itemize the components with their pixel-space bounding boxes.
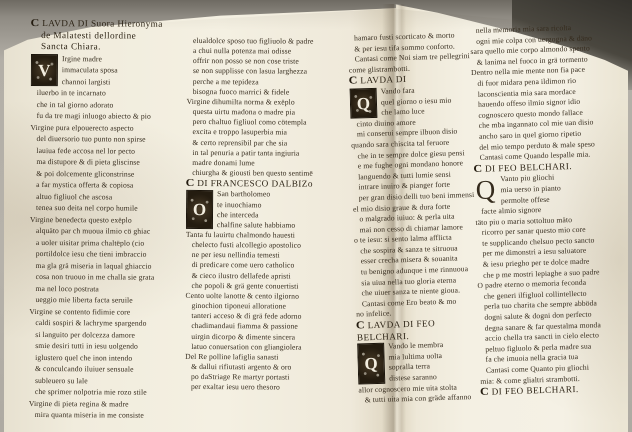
verse-line: excita e troppo lasuperbia mia xyxy=(186,127,338,138)
verse-line: uirgin dicorpo & dimente sincera xyxy=(185,331,337,342)
left-page-content: CLAVDA DI Suora Hieronymade Malatesti de… xyxy=(0,0,399,432)
capitulum-mark: C xyxy=(349,77,359,88)
woodcut-initial: Q xyxy=(350,88,378,119)
verse-line: caldi sospiri & lachryme spargendo xyxy=(29,317,181,329)
lauda-heading: CDI FRANCESCO DALBIZo xyxy=(186,178,338,190)
woodcut-initial: O xyxy=(186,190,213,229)
verse-line: si languito per dolcezza damore xyxy=(29,328,181,340)
woodcut-initial: V xyxy=(31,53,58,86)
drop-cap-group: QVanto piu gliochimia uerso in piantoper… xyxy=(474,171,627,207)
verse-line: iglustero quel che inon intendo xyxy=(29,351,181,363)
verse-line: tenea suo deita nel corpo humile xyxy=(30,202,182,214)
verse-line: ma gla grä miseria in laqual ghiaccio xyxy=(30,259,182,271)
verse-line: cosa non truouo in me challa sie grata xyxy=(30,271,182,283)
lauda-heading: Sancta Chiara. xyxy=(31,41,183,53)
verse-line: che sprimer nolpotria mie rozo stile xyxy=(29,386,181,398)
verse-line: perche a me tepideza xyxy=(187,77,339,88)
verse-line: lauiua fede accosa nel lor pecto xyxy=(30,144,182,156)
verse-line: Virgine benedecta questo exëplo xyxy=(30,213,182,225)
lauda-heading: de Malatesti dellordine xyxy=(31,29,183,41)
verse-line: del diuersorio tuo punto non spirse xyxy=(30,133,182,145)
verse-line: altuo figliuol che ascosa xyxy=(30,190,182,202)
capitulum-mark: C xyxy=(480,388,490,399)
right-page-content: hamaro fusti scorticato & morto& per ies… xyxy=(339,0,632,432)
verse-line: fu da tre magi inluogo abiecto & pio xyxy=(31,110,183,122)
verse-line: a uoler uisitar prima chaltëplo (cio xyxy=(30,236,182,248)
verse-line: chadimandaui fiamma & passione xyxy=(185,321,337,332)
verse-line: a far mystica offerta & copiosa xyxy=(30,179,182,191)
verse-line: Virgine pura elpouerecto aspecto xyxy=(31,121,183,133)
book-photo: { "glyphs": { "capitulum": "C" }, "color… xyxy=(0,0,632,432)
verse-line: smie desiri tutti in iesu uolgendo xyxy=(29,340,181,352)
woodcut-initial: Q xyxy=(357,343,385,384)
verse-line: iluerbo in te incarnato xyxy=(31,87,183,99)
capitulum-mark: C xyxy=(473,164,483,175)
verse-line: per exaltar iesu uero thesoro xyxy=(185,382,337,393)
verse-line: Virgine di pieta regina & madre xyxy=(29,397,181,409)
drop-cap-group: OSan bartholomeote inuochiamoche interce… xyxy=(186,189,338,231)
verse-line: Virgine se contento fidimie core xyxy=(29,305,181,317)
verse-line: & poi dolcemente gliconstrinse xyxy=(30,167,182,179)
capitulum-mark: C xyxy=(186,179,195,189)
verse-line: & certo reprensibil par che sia xyxy=(186,137,338,148)
verse-line: ueggio mie liberta facta seruile xyxy=(29,294,181,306)
verse-line: latuo conuersation con gliangiolera xyxy=(185,342,337,353)
text-column-2: elualdolce sposo tuo figliuolo & padrea … xyxy=(185,36,339,393)
verse-line: ma distupore & di pieta gliscinse xyxy=(30,156,182,168)
verse-line: alquäto par ch muoua ilmio cö ghiac xyxy=(30,225,182,237)
drop-cap-group: VIrgine madreimmaculata sposachannoi lar… xyxy=(31,52,183,87)
verse-line: subleuero su lale xyxy=(29,374,181,386)
verse-line: di predicare come uero catholico xyxy=(186,260,338,271)
capitulum-mark: C xyxy=(31,18,40,30)
verse-line: portildolce iesu che tieni imbraccio xyxy=(30,248,182,260)
text-column-4: nella memoria mia sara ricoltaogni mie c… xyxy=(470,22,632,399)
capitulum-mark: C xyxy=(356,321,366,332)
verse-line: ma nel loco postrata xyxy=(30,282,182,294)
verse-line: se non supplisse con lasua larghezza xyxy=(187,66,339,77)
lauda-heading: CLAVDA DI Suora Hieronyma xyxy=(31,18,183,30)
verse-line: che in tal giorno adorato xyxy=(31,98,183,110)
verse-line: & conculcando iluiuer sensuale xyxy=(29,363,181,375)
open-book: CLAVDA DI Suora Hieronymade Malatesti de… xyxy=(0,0,632,432)
verse-line: & cieco ilustro dellafede apristi xyxy=(186,271,338,282)
text-column-1: CLAVDA DI Suora Hieronymade Malatesti de… xyxy=(29,18,183,421)
verse-line: mira quanta miseria in me consiste xyxy=(29,409,181,421)
plain-initial-letter: Q xyxy=(474,176,497,206)
